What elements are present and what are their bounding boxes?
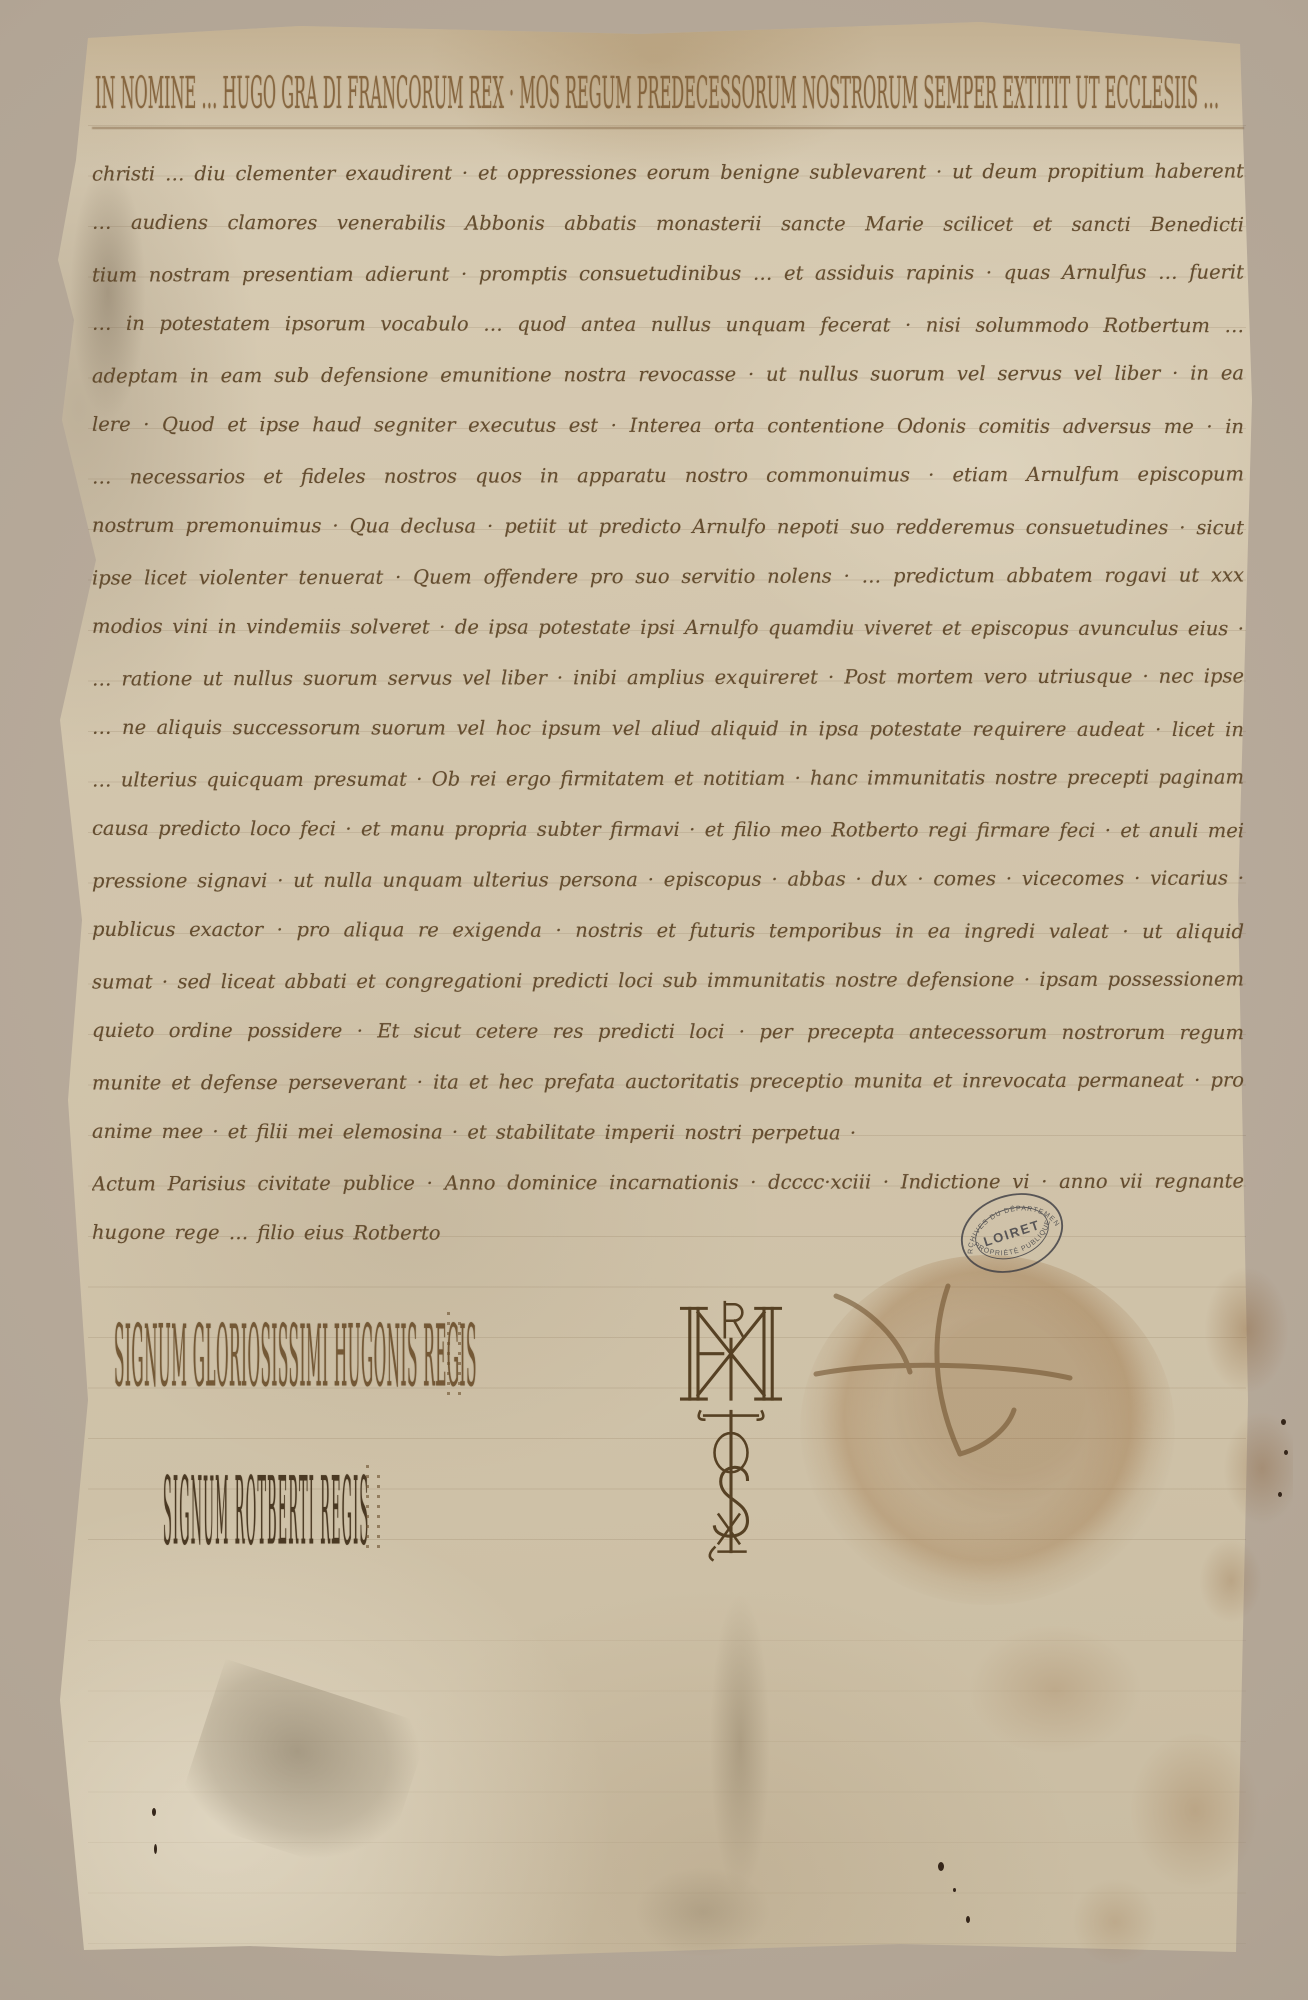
signum-hugonis-line: SIGNUM GLORIOSISSIMI HUGONIS REGIS (114, 1308, 477, 1408)
heading-baseline-rule (92, 127, 1244, 129)
ink-speck (953, 1888, 956, 1892)
charter-body-line: … ulterius quicquam presumat · Ob rei er… (92, 752, 1244, 806)
charter-body-line: lere · Quod et ipse haud segniter execut… (92, 399, 1244, 452)
charter-body-line: … audiens clamores venerabilis Abbonis a… (92, 197, 1244, 250)
parchment-hole (154, 1844, 157, 1854)
pricking-dots (447, 1312, 450, 1400)
charter-body-line: publicus exactor · pro aliqua re exigend… (92, 904, 1244, 957)
charter-body-line: … ne aliquis successorum suorum vel hoc … (92, 702, 1244, 755)
charter-body-line: anime mee · et filii mei elemosina · et … (92, 1106, 1244, 1159)
ink-speck (1281, 1419, 1286, 1425)
charter-body-line: … necessarios et fideles nostros quos in… (92, 449, 1244, 503)
charter-body-line: christi … diu clementer exaudirent · et … (92, 146, 1244, 200)
charter-body-line: Actum Parisius civitate publice · Anno d… (92, 1156, 1244, 1210)
charter-body-line: modios vini in vindemiis solveret · de i… (92, 601, 1244, 654)
charter-body-line: … in potestatem ipsorum vocabulo … quod … (92, 298, 1244, 351)
charter-body-line: sumat · sed liceat abbati et congregatio… (92, 954, 1244, 1008)
charter-heading-line: IN NOMINE … HUGO GRA DI FRANCORUM REX · … (95, 70, 1248, 120)
charter-body-line: causa predicto loco feci · et manu propr… (92, 803, 1244, 856)
ink-speck (966, 1916, 970, 1923)
charter-body: christi … diu clementer exaudirent · et … (92, 148, 1244, 1259)
ink-speck (1278, 1492, 1282, 1497)
ink-speck (1284, 1450, 1288, 1455)
charter-body-line: tium nostram presentiam adierunt · promp… (92, 247, 1244, 301)
royal-monogram-icon (678, 1296, 784, 1564)
charter-body-line: pressione signavi · ut nulla unquam ulte… (92, 853, 1244, 907)
parchment-hole (152, 1808, 156, 1816)
pricking-dots (366, 1465, 369, 1555)
charter-body-line: ipse licet violenter tenuerat · Quem off… (92, 550, 1244, 604)
ink-speck (938, 1862, 944, 1871)
signum-rotberti-line: SIGNUM ROTBERTI REGIS (163, 1458, 369, 1568)
pricking-dots (377, 1475, 380, 1555)
charter-body-line: … ratione ut nullus suorum servus vel li… (92, 651, 1244, 705)
charter-body-line: adeptam in eam sub defensione emunitione… (92, 348, 1244, 402)
ink-cross-mark-icon (808, 1278, 1078, 1463)
charter-body-line: quieto ordine possidere · Et sicut ceter… (92, 1005, 1244, 1058)
photo-backdrop: IN NOMINE … HUGO GRA DI FRANCORUM REX · … (0, 0, 1308, 2000)
charter-body-line: nostrum premonuimus · Qua declusa · peti… (92, 500, 1244, 553)
charter-body-line: munite et defense perseverant · ita et h… (92, 1055, 1244, 1109)
pricking-dots (458, 1322, 461, 1400)
